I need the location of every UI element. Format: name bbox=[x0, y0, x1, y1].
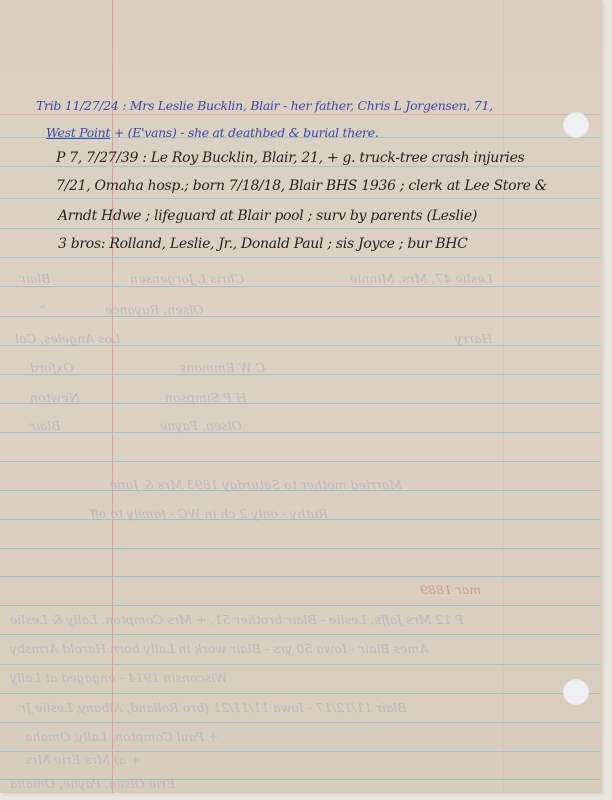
bleed-through-text: Olsen, Payne bbox=[160, 418, 242, 433]
blue-entry-rest: + (E'vans) - she at deathbed & burial th… bbox=[114, 125, 379, 140]
black-entry-line-2: 7/21, Omaha hosp.; born 7/18/18, Blair B… bbox=[56, 178, 547, 194]
bleed-through-text: C W Emmons bbox=[180, 360, 265, 375]
bleed-through-text: Blair bbox=[20, 271, 51, 286]
ruled-line bbox=[0, 114, 600, 115]
bleed-through-text: Newton bbox=[30, 390, 80, 405]
ruled-line bbox=[0, 228, 600, 229]
black-entry-line-1: P 7, 7/27/39 : Le Roy Bucklin, Blair, 21… bbox=[56, 150, 524, 166]
bleed-through-text: + a) Mrs Erie Mrs bbox=[25, 752, 141, 767]
bleed-through-text: Erie Olsen, Payne, Omaha bbox=[10, 776, 175, 791]
ruled-line bbox=[0, 664, 600, 665]
ruled-line bbox=[0, 286, 600, 287]
ruled-line bbox=[0, 722, 600, 723]
faint-vertical-line bbox=[503, 0, 504, 793]
bleed-through-text: Leslie 47, Mrs. Minnie bbox=[350, 271, 493, 286]
blue-entry-place: West Point bbox=[46, 125, 110, 140]
ruled-line bbox=[0, 461, 600, 462]
ruled-line bbox=[0, 403, 600, 404]
ruled-line bbox=[0, 693, 600, 694]
bleed-through-red-text: mar 1889 bbox=[420, 582, 481, 597]
blue-entry-line-1: Trib 11/27/24 : Mrs Leslie Bucklin, Blai… bbox=[36, 98, 493, 113]
black-entry-line-4: 3 bros: Rolland, Leslie, Jr., Donald Pau… bbox=[58, 236, 468, 252]
ruled-line bbox=[0, 634, 600, 635]
bleed-through-text: Married mother to Saturday 1893 Mrs & Ju… bbox=[110, 477, 402, 492]
bleed-through-text: Harry bbox=[455, 331, 492, 346]
ruled-line bbox=[0, 576, 600, 577]
ruled-line bbox=[0, 548, 600, 549]
bleed-through-text: Blair 11/12/17 - Iowa 11/11/21 (bro Roll… bbox=[20, 700, 407, 715]
ruled-line bbox=[0, 374, 600, 375]
bleed-through-text: Wisconsin 1914 - engaged at Lally bbox=[10, 670, 228, 685]
blue-entry-line-2: West Point + (E'vans) - she at deathbed … bbox=[46, 125, 379, 140]
bleed-through-text: Los Angeles, Cal bbox=[15, 331, 120, 346]
bleed-through-text: Ames Blair - Iowa 50 yrs - Blair work in… bbox=[10, 641, 428, 656]
notebook-page: Trib 11/27/24 : Mrs Leslie Bucklin, Blai… bbox=[0, 0, 602, 793]
ruled-line bbox=[0, 198, 600, 199]
ruled-line bbox=[0, 432, 600, 433]
bleed-through-text: Olsen, Ruyance bbox=[105, 302, 203, 317]
bleed-through-text: Blair bbox=[30, 418, 61, 433]
punch-hole-bottom bbox=[563, 679, 589, 705]
punch-hole-top bbox=[563, 112, 589, 138]
bleed-through-text: P 12 Mrs Jaffs, Leslie - Blair brother 5… bbox=[10, 612, 464, 627]
bleed-through-text: + Paul Compton, Lally, Omaha bbox=[25, 729, 218, 744]
bleed-through-text: H P Simpson bbox=[165, 390, 247, 405]
ruled-line bbox=[0, 257, 600, 258]
bleed-through-text: Ruthy - only 2 ch in WC - family to off bbox=[90, 506, 328, 521]
bleed-through-text: " bbox=[40, 302, 46, 317]
ruled-line bbox=[0, 166, 600, 167]
bleed-through-text: Oxford bbox=[30, 360, 73, 375]
black-entry-line-3: Arndt Hdwe ; lifeguard at Blair pool ; s… bbox=[58, 208, 477, 224]
ruled-line bbox=[0, 605, 600, 606]
ruled-line bbox=[0, 316, 600, 317]
bleed-through-text: Chris L Jorgensen bbox=[130, 271, 244, 286]
